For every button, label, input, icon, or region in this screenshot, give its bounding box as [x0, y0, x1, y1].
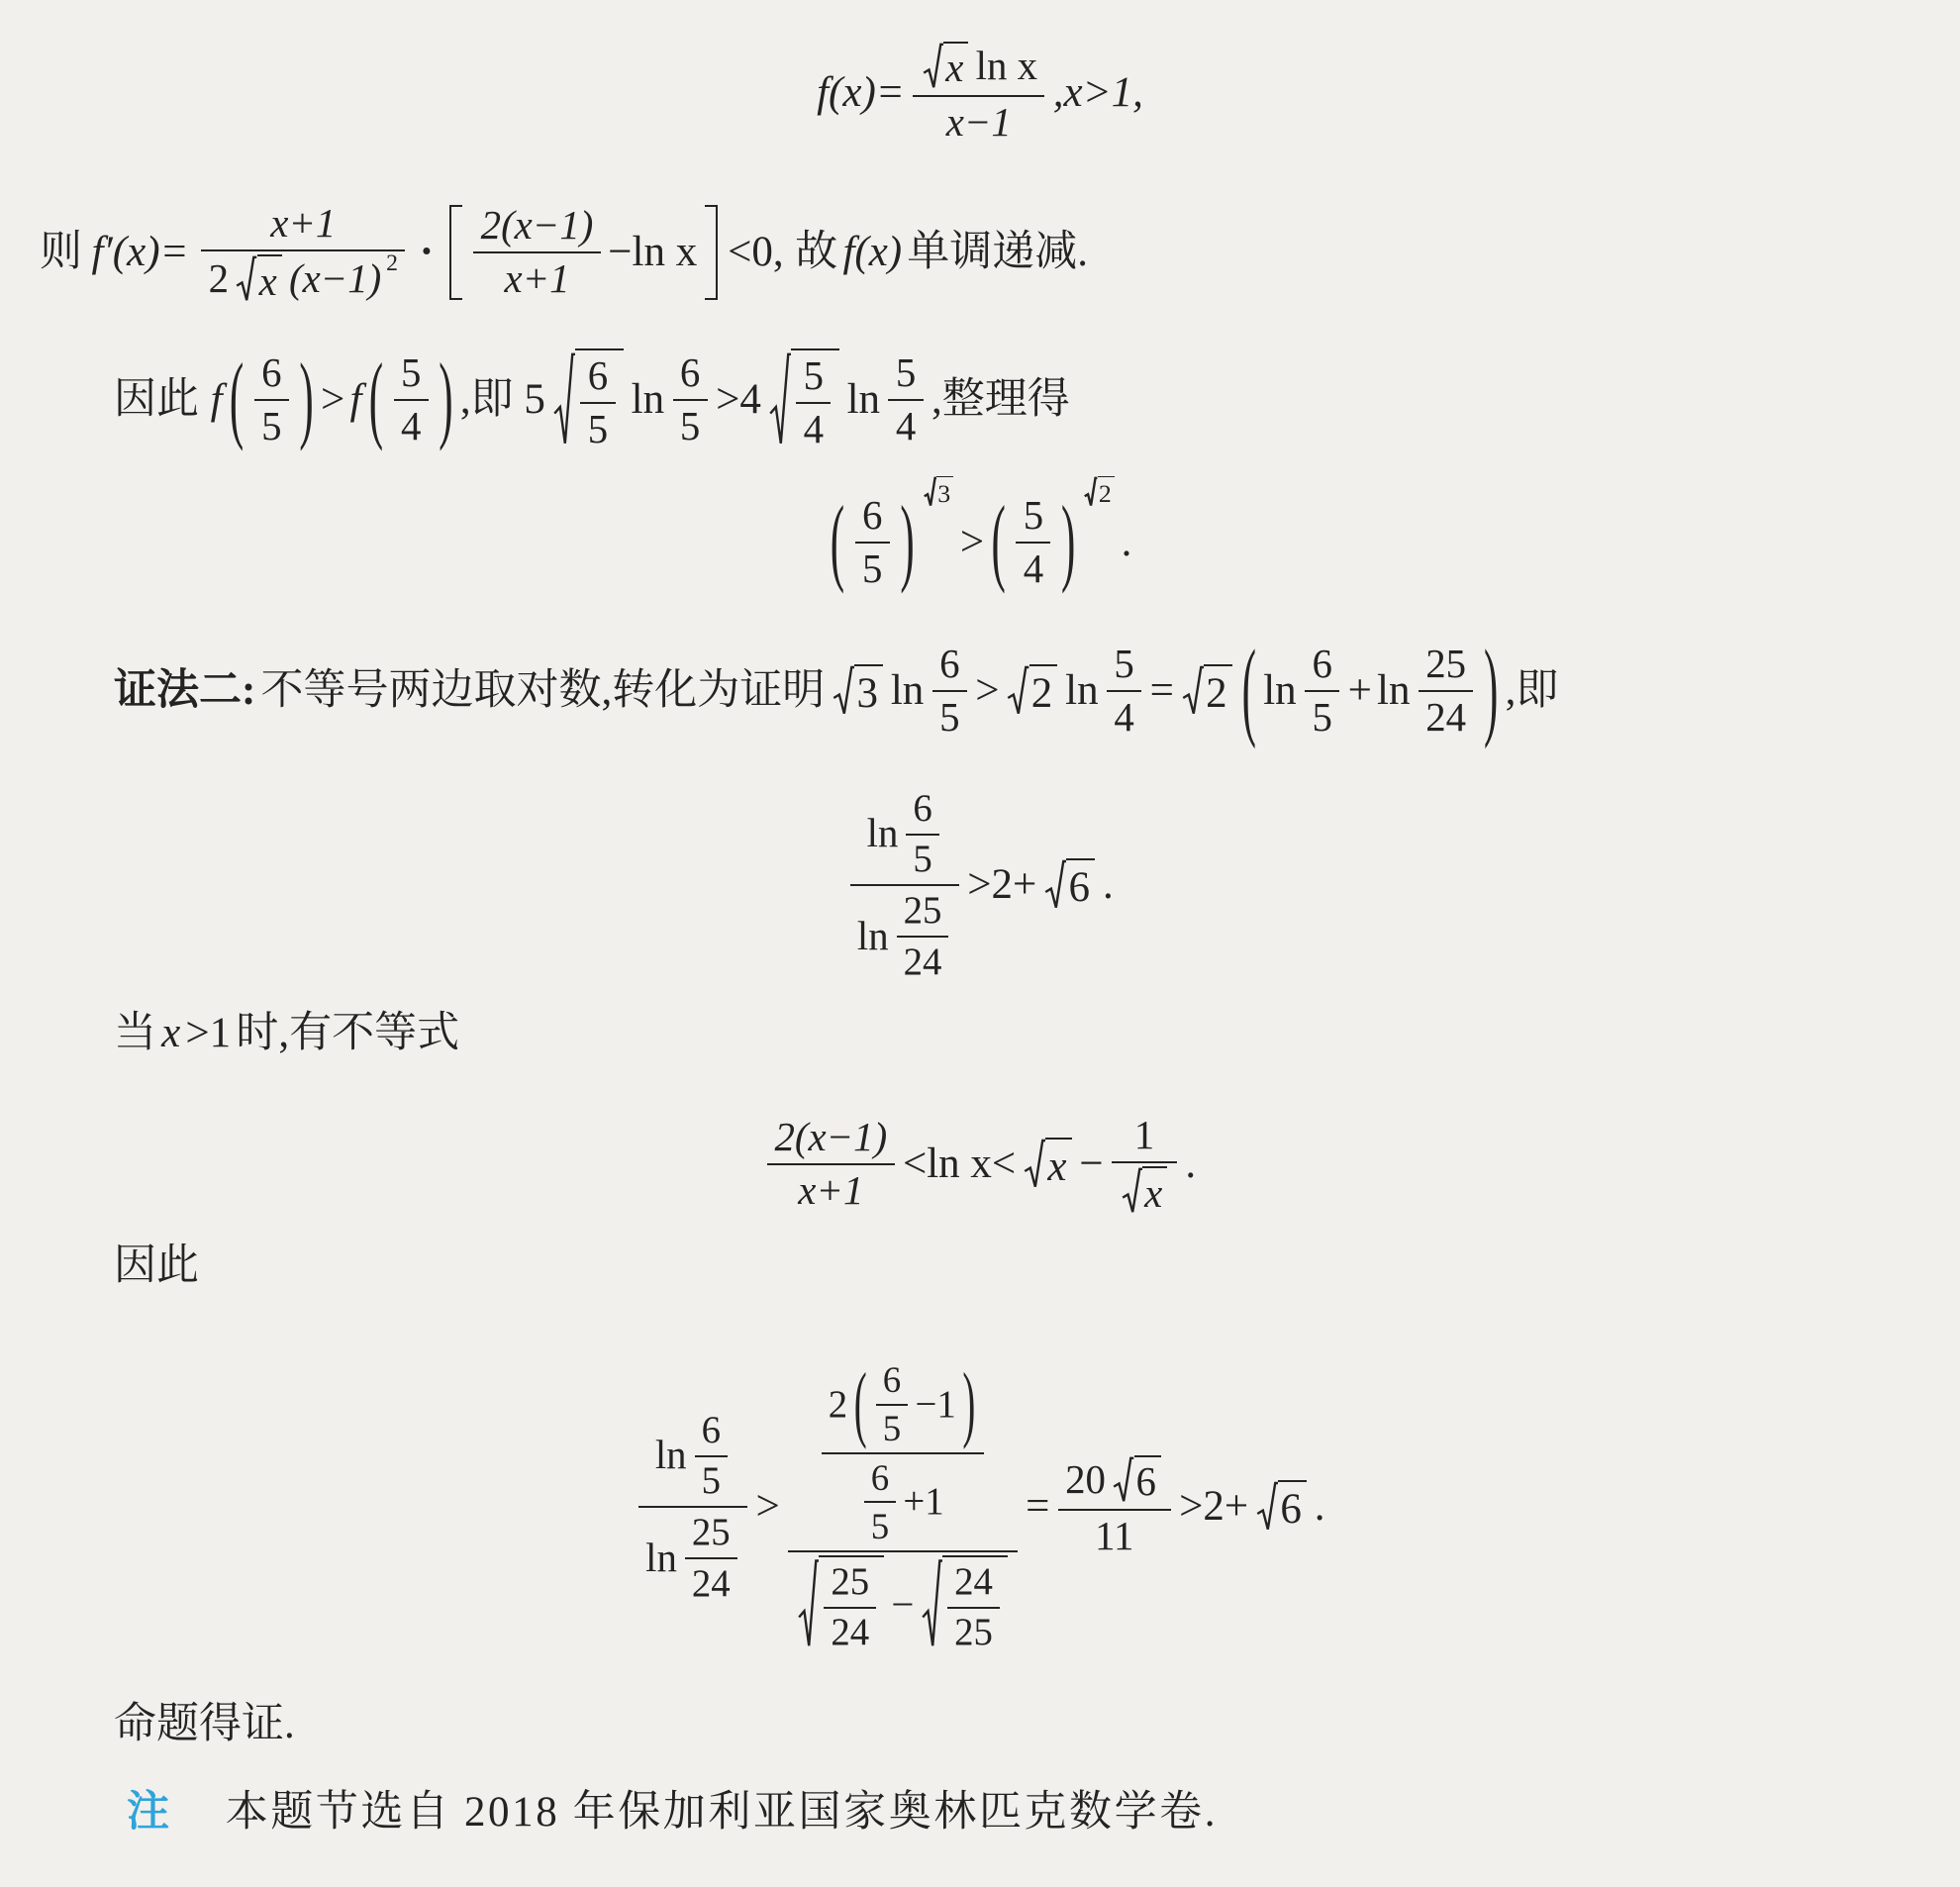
radical-icon	[1084, 476, 1097, 508]
fraction-numerator: 6	[864, 1457, 896, 1498]
left-paren: (	[1242, 628, 1256, 755]
fraction: 25 24	[685, 1511, 737, 1605]
fraction-denominator: ln 25 24	[638, 1511, 747, 1605]
right-paren: )	[900, 486, 914, 599]
fraction-denominator: ln 25 24	[850, 889, 959, 983]
math-token: 2	[209, 256, 229, 302]
radical-icon	[833, 664, 854, 718]
sqrt: 2	[1007, 664, 1057, 718]
radical-icon	[1256, 1480, 1278, 1534]
math-token: =	[1026, 1482, 1049, 1531]
fraction: x+1 2 x (x−1) 2	[201, 201, 405, 305]
fraction-numerator: 6	[254, 350, 289, 396]
fraction-denominator: 24	[1419, 695, 1474, 741]
chinese-text: ,即 5	[460, 375, 545, 424]
math-token: ln	[655, 1433, 687, 1478]
fraction-denominator: 5	[876, 1408, 908, 1448]
math-token: x	[1144, 1171, 1162, 1217]
fraction-numerator: 24	[947, 1560, 1000, 1603]
fraction-numerator: 6	[673, 350, 708, 396]
fraction-denominator: x+1	[497, 256, 577, 302]
math-token: =	[1150, 666, 1174, 715]
fraction: 24 25	[947, 1560, 1000, 1654]
sqrt: 6	[1256, 1480, 1307, 1534]
fraction-bar	[850, 884, 959, 886]
radical-icon	[1007, 664, 1029, 718]
fraction-denominator: x+1	[791, 1168, 871, 1214]
sqrt: 25 24	[798, 1555, 884, 1654]
fraction-numerator: 25	[1419, 642, 1474, 687]
left-bracket	[449, 205, 462, 301]
math-token: ln	[632, 375, 664, 424]
fraction-denominator: 5	[695, 1459, 728, 1502]
math-token: −1	[915, 1383, 955, 1426]
sqrt: 2	[1084, 476, 1115, 508]
fraction-denominator: x	[1112, 1166, 1177, 1217]
fraction-bar	[638, 1506, 747, 1508]
chinese-text: ,整理得	[931, 375, 1070, 424]
left-paren: (	[369, 344, 383, 456]
math-token: >	[975, 666, 999, 715]
fraction-numerator: 6	[1305, 642, 1339, 687]
math-token: 2	[829, 1383, 847, 1426]
radical-icon	[769, 348, 791, 452]
note-text: 本题节选自 2018 年保加利亚国家奥林匹克数学卷.	[226, 1788, 1218, 1837]
fraction-bar	[888, 399, 923, 401]
sqrt: 6 5	[553, 348, 624, 452]
exponent: 3	[922, 476, 955, 508]
math-token: f	[349, 375, 361, 424]
radical-icon	[236, 254, 256, 305]
radical-icon	[553, 348, 575, 452]
fraction: 6 5	[855, 493, 890, 592]
fraction-bar	[394, 399, 429, 401]
book-page: f(x)= x ln x x−1 ,x>1, 则 f′(x)= x+1 2	[0, 0, 1960, 1887]
math-token: f(x)=	[817, 68, 905, 117]
right-bracket	[705, 205, 718, 301]
fraction-bar	[855, 542, 890, 544]
fraction-bar	[695, 1455, 728, 1457]
fraction-denominator: 6 5 +1	[854, 1457, 950, 1546]
fraction-denominator: 25 24 − 24 25	[788, 1555, 1017, 1654]
math-token: f	[211, 375, 223, 424]
fraction-numerator: 6	[695, 1409, 728, 1451]
math-token: ln	[857, 914, 889, 959]
left-paren: (	[831, 486, 844, 599]
fraction-bar	[932, 690, 967, 692]
fraction-denominator: 5	[864, 1506, 896, 1546]
fraction-numerator: 2(x−1)	[767, 1115, 894, 1160]
fraction-bar	[1112, 1161, 1177, 1163]
fraction: 2(x−1) x+1	[473, 203, 600, 302]
fraction-numerator: 5	[1107, 642, 1141, 687]
fraction-numerator: 25	[824, 1560, 876, 1603]
fraction-bar	[876, 1404, 908, 1406]
right-paren: )	[299, 344, 313, 456]
math-token: <0,	[728, 228, 784, 276]
display-formula-main-chain: ln 6 5 ln 25 24 >	[0, 1325, 1960, 1689]
fraction-numerator: 25	[685, 1511, 737, 1553]
radical-icon	[922, 1555, 942, 1654]
chinese-text: 命题得证.	[114, 1700, 295, 1748]
math-token: .	[1185, 1140, 1196, 1188]
fraction-bar	[796, 402, 831, 404]
radical-icon	[798, 1555, 819, 1654]
math-token: ln x	[976, 44, 1037, 89]
fraction-bar	[1016, 542, 1050, 544]
fraction-numerator: 2 ( 6 5 −1 ) 6	[811, 1359, 994, 1546]
fraction-denominator: 5	[855, 546, 890, 592]
fraction-numerator: 20 6	[1058, 1455, 1171, 1506]
fraction-bar	[822, 1452, 984, 1454]
sqrt: 2	[1182, 664, 1232, 718]
bracketed-group: 2(x−1) x+1 −ln x	[444, 203, 723, 302]
fraction-numerator: 5	[888, 350, 923, 396]
right-paren: )	[439, 344, 452, 456]
fraction-denominator: 24	[685, 1562, 737, 1605]
math-token: (x−1)	[289, 256, 381, 302]
fraction-numerator: 25	[897, 889, 949, 932]
math-token: ln	[891, 666, 924, 715]
fraction-numerator: 2(x−1)	[473, 203, 600, 248]
fraction-numerator: ln 6 5	[647, 1409, 737, 1503]
math-token: .	[1315, 1482, 1325, 1531]
math-token: ,x>1,	[1053, 68, 1143, 117]
fraction-denominator: 5	[673, 404, 708, 449]
fraction-bar	[254, 399, 289, 401]
math-token: x	[161, 1009, 180, 1057]
fraction-denominator: 5	[932, 695, 967, 741]
fraction: ln 6 5 ln 25 24	[850, 787, 959, 984]
fraction-bar	[201, 249, 405, 251]
left-paren: (	[230, 344, 244, 456]
sqrt: 6	[1044, 858, 1095, 912]
math-token: −ln x	[608, 228, 697, 276]
fraction-bar	[864, 1501, 896, 1503]
fraction: 6 5	[932, 642, 967, 741]
fraction-bar	[788, 1550, 1017, 1552]
sqrt: 6	[1113, 1455, 1161, 1506]
fraction: 1 x	[1112, 1113, 1177, 1217]
fraction-numerator: 2 ( 6 5 −1 )	[822, 1359, 984, 1448]
math-token: >	[321, 375, 344, 424]
fraction: 25 24	[897, 889, 949, 983]
sqrt: 3	[833, 664, 883, 718]
chinese-text: 时,有不等式	[236, 1009, 459, 1057]
math-token: .	[1103, 860, 1114, 909]
left-paren: (	[991, 486, 1005, 599]
radical-icon	[1122, 1166, 1142, 1217]
fraction-bar	[947, 1607, 1000, 1609]
chinese-text: 因此	[114, 1241, 199, 1290]
fraction-numerator: 5	[394, 350, 429, 396]
fraction-numerator: 6	[876, 1359, 908, 1400]
fraction: 6 5	[876, 1359, 908, 1448]
fraction-bar	[767, 1163, 894, 1165]
chinese-text: 故	[795, 228, 837, 276]
fraction-bar	[897, 936, 949, 938]
fraction: 2(x−1) x+1	[767, 1115, 894, 1214]
math-token: ln	[867, 811, 899, 856]
fraction: 2 ( 6 5 −1 ) 6	[822, 1359, 984, 1546]
note-marker: 注	[127, 1788, 169, 1837]
math-token: >2+	[967, 860, 1036, 909]
right-paren: )	[1484, 628, 1498, 755]
fraction: ln 6 5 ln 25 24	[638, 1409, 747, 1606]
radical-icon	[1182, 664, 1204, 718]
math-token: ln	[1065, 666, 1098, 715]
fraction: 6 5	[906, 787, 938, 881]
fraction: 6 5	[673, 350, 708, 449]
fraction-bar	[824, 1607, 876, 1609]
fraction-denominator: 25	[947, 1611, 1000, 1653]
fraction-numerator: 1	[1127, 1113, 1161, 1158]
fraction: 5 4	[888, 350, 923, 449]
fraction: 6 5	[695, 1409, 728, 1503]
sqrt: x	[236, 254, 281, 305]
fraction-numerator: 6	[932, 642, 967, 687]
fraction: 5 4	[796, 353, 831, 452]
radical-icon	[1113, 1455, 1133, 1506]
right-paren: )	[962, 1357, 975, 1452]
sqrt: 5 4	[769, 348, 839, 452]
math-token: +1	[903, 1480, 943, 1523]
math-token: ln	[847, 375, 880, 424]
radical-icon	[923, 42, 943, 92]
fraction-bar	[913, 95, 1044, 97]
fraction-bar	[685, 1557, 737, 1559]
fraction-bar	[580, 402, 615, 404]
fraction-denominator: 2 x (x−1) 2	[201, 254, 405, 305]
exponent: 2	[1083, 476, 1117, 508]
fraction: 25 24	[1419, 642, 1474, 741]
math-token: x	[1047, 1142, 1066, 1191]
sqrt: x	[923, 42, 968, 92]
fraction-denominator: 4	[888, 404, 923, 449]
fraction-numerator: 6	[855, 493, 890, 539]
math-token: >1	[185, 1009, 231, 1057]
fraction: 20 6 11	[1058, 1455, 1171, 1559]
sqrt: x	[1122, 1166, 1167, 1217]
fraction-denominator: 4	[394, 404, 429, 449]
math-token: −	[1079, 1140, 1103, 1188]
fraction-denominator: 24	[897, 941, 949, 983]
math-token: x	[945, 46, 963, 91]
fraction-denominator: 11	[1088, 1514, 1141, 1559]
chinese-text: 单调递减.	[907, 228, 1088, 276]
math-token: f(x)	[842, 228, 902, 276]
display-formula-log-ratio: ln 6 5 ln 25 24 >2+ 6 .	[0, 780, 1960, 990]
fraction: 2 ( 6 5 −1 ) 6	[788, 1359, 1017, 1654]
display-formula-fx: f(x)= x ln x x−1 ,x>1,	[0, 28, 1960, 158]
math-token: >	[756, 1482, 780, 1531]
right-paren: )	[1061, 486, 1075, 599]
fraction-bar	[673, 399, 708, 401]
fraction-denominator: 4	[1107, 695, 1141, 741]
superscript: 2	[386, 250, 398, 277]
paragraph-qed: 命题得证.	[114, 1697, 295, 1752]
math-token: −	[891, 1582, 914, 1628]
fraction: x ln x x−1	[913, 42, 1044, 146]
paragraph-yinci: 因此 f ( 6 5 ) > f ( 5 4 ) ,即 5 6 5	[114, 333, 1070, 467]
fraction-denominator: 5	[580, 407, 615, 452]
fraction-denominator: 4	[796, 407, 831, 452]
fraction: 6 5	[254, 350, 289, 449]
math-token: f′(x)=	[91, 228, 188, 276]
chinese-text: 则	[40, 228, 82, 276]
fraction: 6 5	[1305, 642, 1339, 741]
math-token: x	[259, 259, 277, 305]
fraction-bar	[1305, 690, 1339, 692]
left-paren: (	[854, 1357, 867, 1452]
fraction-numerator: ln 6 5	[859, 787, 949, 881]
fraction-denominator: 24	[824, 1611, 876, 1653]
math-token: >2+	[1179, 1482, 1248, 1531]
chinese-text: 当	[114, 1009, 156, 1057]
fraction-bar	[1058, 1509, 1171, 1511]
sqrt: 24 25	[922, 1555, 1008, 1654]
fraction-numerator: x+1	[263, 201, 343, 247]
fraction-numerator: 5	[1016, 493, 1050, 539]
fraction-bar	[906, 834, 938, 836]
fraction-bar	[1419, 690, 1474, 692]
fraction-denominator: 5	[906, 838, 938, 880]
display-formula-power-inequality: ( 6 5 ) 3 > ( 5 4 ) 2 .	[0, 481, 1960, 604]
math-token: ln	[1377, 666, 1410, 715]
paragraph-yinci-2: 因此	[114, 1238, 199, 1295]
math-token: >4	[716, 375, 761, 424]
math-token: >	[960, 518, 984, 566]
sqrt: 3	[924, 476, 954, 508]
chinese-text: ,即	[1506, 666, 1559, 715]
chinese-text: 不等号两边取对数,转化为证明	[260, 666, 825, 715]
fraction: 5 4	[1107, 642, 1141, 741]
paragraph-when-x: 当 x >1 时,有不等式	[114, 1004, 459, 1063]
fraction: 5 4	[1016, 493, 1050, 592]
radical-icon	[1044, 858, 1066, 912]
math-token: ln	[1263, 666, 1296, 715]
paragraph-derivative: 则 f′(x)= x+1 2 x (x−1) 2 · 2(x−1) x+1	[40, 180, 1088, 325]
paragraph-method2: 证法二: 不等号两边取对数,转化为证明 3 ln 6 5 > 2 ln 5 4 …	[114, 616, 1558, 766]
math-token: 20	[1065, 1457, 1106, 1503]
fraction-numerator: 6	[906, 787, 938, 830]
fraction-bar	[1107, 690, 1141, 692]
multiplication-dot: ·	[420, 228, 434, 276]
fraction-numerator: x ln x	[913, 42, 1044, 92]
fraction-numerator: 5	[796, 353, 831, 399]
radical-icon	[924, 476, 936, 508]
fraction-denominator: 4	[1016, 546, 1050, 592]
math-token: ln	[645, 1536, 677, 1581]
note-line: 注 本题节选自 2018 年保加利亚国家奥林匹克数学卷.	[127, 1782, 1218, 1843]
math-token: +	[1348, 666, 1372, 715]
radical-icon	[1024, 1138, 1045, 1191]
math-token: <ln x<	[903, 1140, 1016, 1188]
math-token: .	[1122, 518, 1132, 566]
fraction-denominator: 5	[254, 404, 289, 449]
fraction: 6 5	[864, 1457, 896, 1546]
fraction: 5 4	[394, 350, 429, 449]
chinese-text: 因此	[114, 375, 199, 424]
sqrt: x	[1024, 1138, 1072, 1191]
fraction-bar	[473, 251, 600, 253]
fraction-denominator: 5	[1305, 695, 1339, 741]
method-label: 证法二:	[114, 666, 255, 715]
fraction: 25 24	[824, 1560, 876, 1654]
fraction-denominator: x−1	[938, 100, 1019, 146]
display-formula-ln-bounds: 2(x−1) x+1 <ln x< x − 1 x .	[0, 1087, 1960, 1241]
fraction: 6 5	[580, 353, 615, 452]
fraction-numerator: 6	[580, 353, 615, 399]
